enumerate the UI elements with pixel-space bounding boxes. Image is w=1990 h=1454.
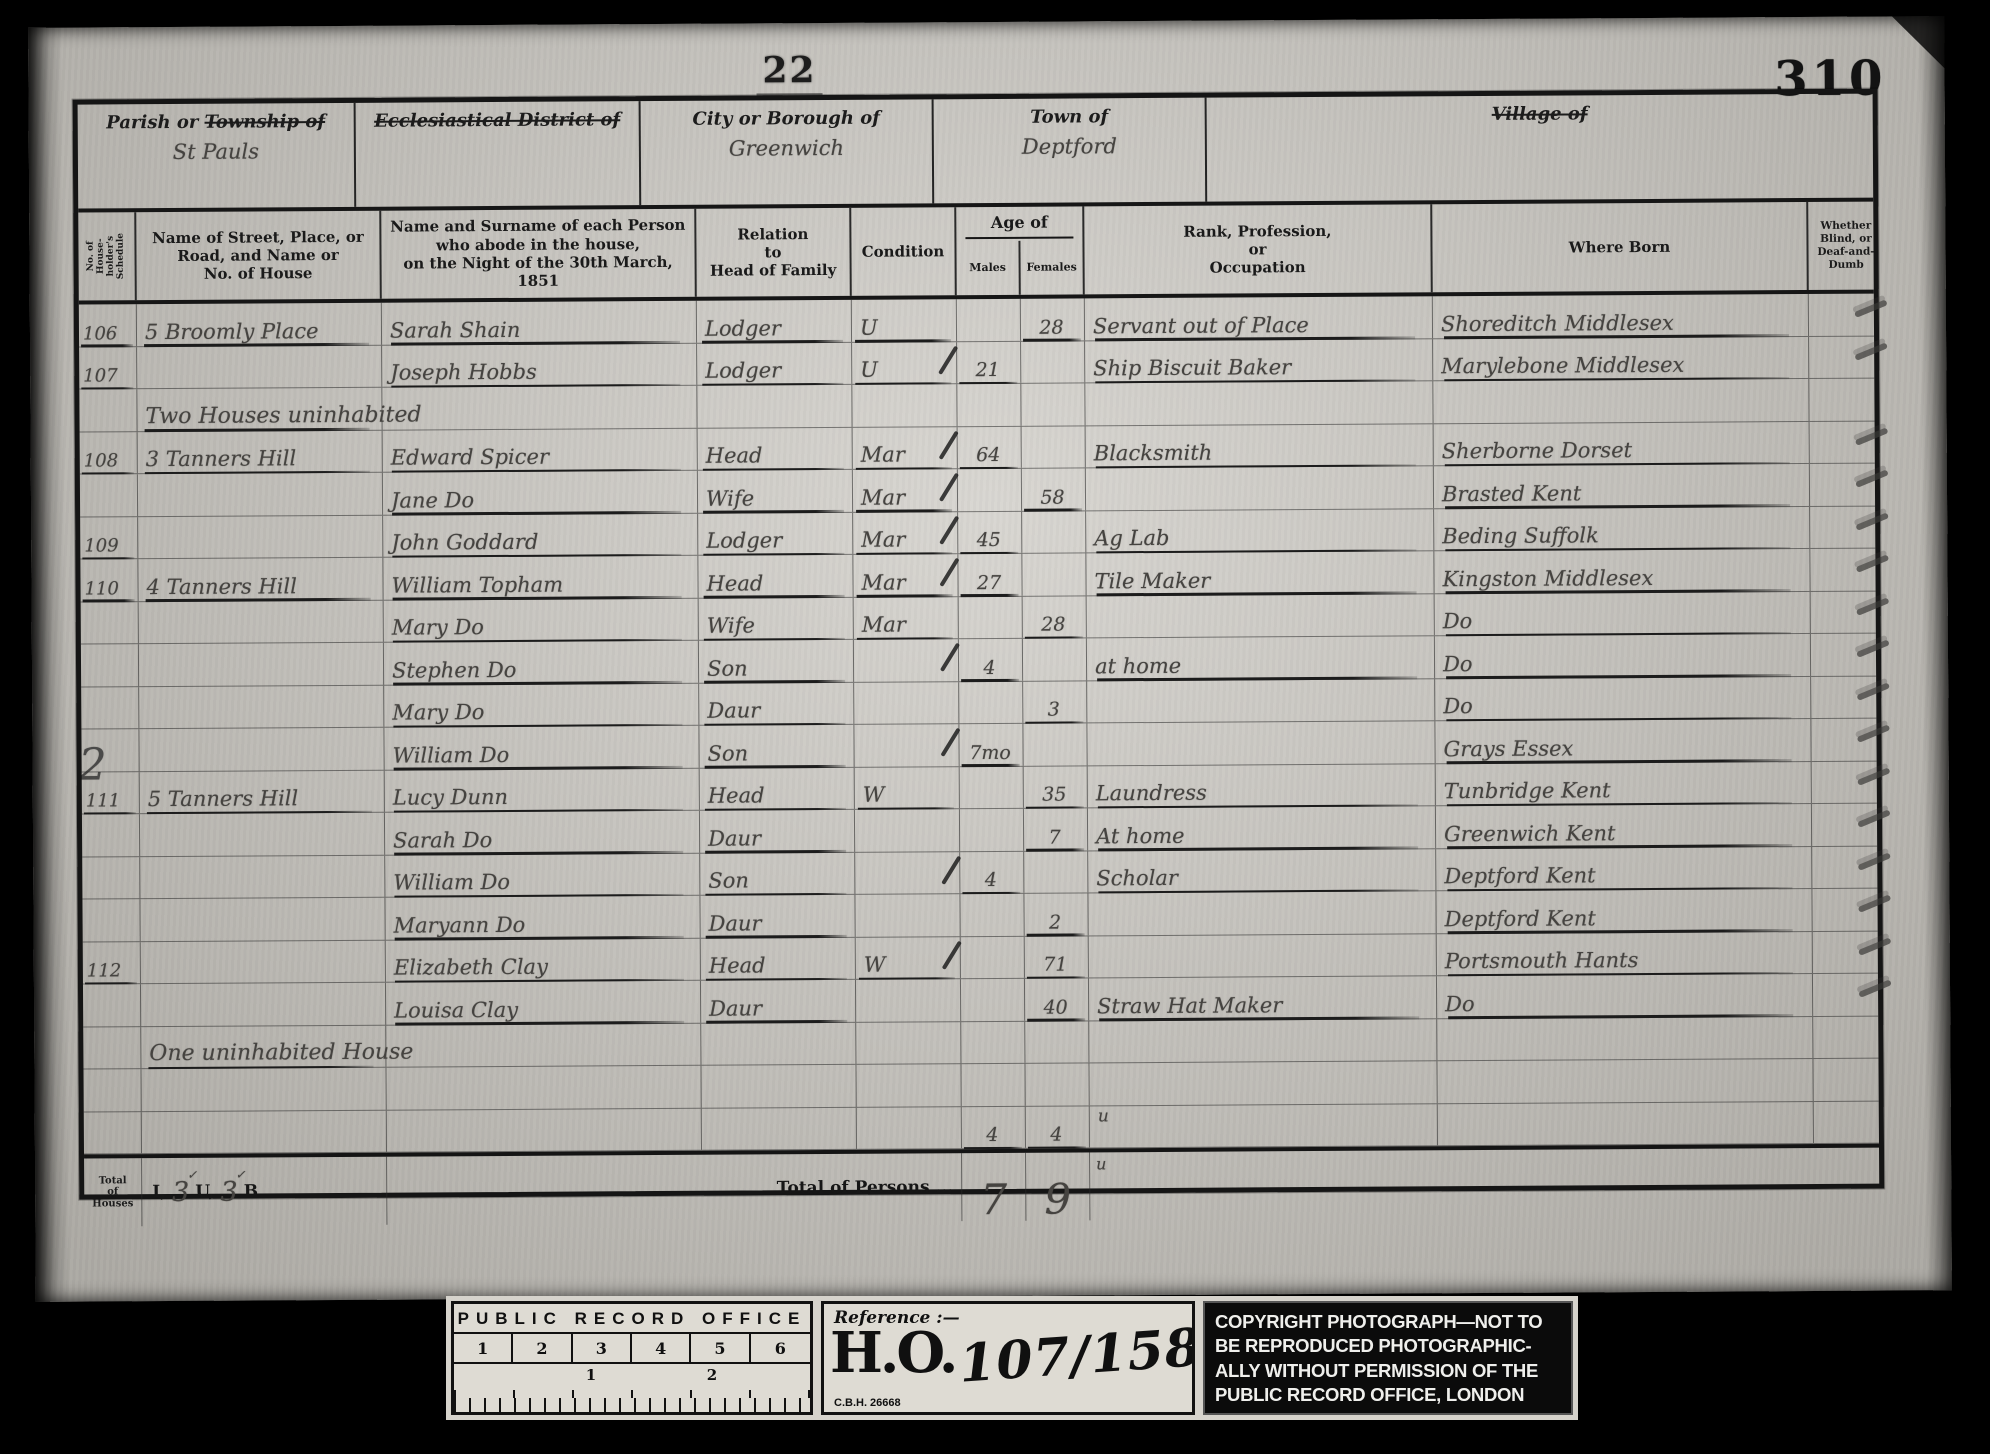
cell-age_m [957,299,1021,341]
handwritten-entry: Do [1443,611,1473,632]
cell-condition: Mar [853,512,958,554]
cell-age_m: 27 [958,554,1022,596]
handwritten-entry: Mary Do [392,617,484,639]
cell-age_f: 40 [1025,978,1089,1020]
handwritten-entry: Kingston Middlesex [1442,567,1653,589]
cell-schedule: 109 [80,517,138,559]
cell-blind [1814,1101,1889,1143]
handwritten-entry: Tunbridge Kent [1444,780,1611,802]
cell-condition: Mar [854,597,959,639]
header-field-3: City or Borough of Greenwich [641,99,935,205]
cell-name: Elizabeth Clay [386,938,701,981]
cell-street: One uninhabited House [141,1025,386,1068]
handwritten-entry: Do [1443,654,1473,675]
cell-condition: W [856,937,961,979]
reference-code: C.B.H. 26668 [834,1397,901,1409]
cell-age_f: 35 [1024,766,1088,808]
houses-uninhabited-value: 3✓ [220,1178,237,1205]
cell-street [140,855,385,898]
pencil-slash-mark [940,728,960,757]
handwritten-entry: 28 [1039,318,1063,337]
cell-name: Sarah Shain [382,301,697,344]
cell-blind [1812,804,1887,846]
handwritten-entry: 28 [1041,616,1065,635]
handwritten-entry: Sherborne Dorset [1442,440,1632,462]
cell-relation: Head [700,767,855,809]
handwritten-entry: Servant out of Place [1093,315,1309,337]
cell-relation: Daur [700,895,855,937]
cell-age_f [1022,426,1086,468]
cell-condition [854,724,959,766]
table-body: 1065 Broomly PlaceSarah ShainLodgerU28Se… [79,294,1879,1155]
houses-uninhabited-label: U, [195,1182,214,1202]
handwritten-entry: 3 Tanners Hill [146,448,297,470]
column-occupation: Rank, Profession, or Occupation [1084,204,1433,294]
cell-age_m [961,1021,1025,1063]
header-field-value: St Pauls [78,141,354,164]
handwritten-entry: W [863,785,885,806]
cell-age_f: 3 [1023,681,1087,723]
cell-schedule [83,1027,141,1069]
cell-schedule [82,899,140,941]
cell-blind [1811,676,1886,718]
cell-blind [1811,719,1886,761]
handwritten-entry: Lodger [706,530,782,551]
cell-condition: W [855,767,960,809]
cell-name: Lucy Dunn [385,768,700,811]
column-blind-deaf: Whether Blind, or Deaf-and- Dumb [1808,202,1884,290]
total-persons-males: 7 [962,1153,1026,1221]
cell-age_m [957,384,1021,426]
pencil-slash-mark [939,430,959,459]
handwritten-entry: Do [1443,696,1473,717]
handwritten-entry: At home [1096,825,1185,847]
cell-age_f: 4 [1026,1106,1090,1148]
ruler-lower-2: 2 [707,1366,717,1384]
handwritten-entry: Lodger [705,360,781,381]
cell-schedule [81,602,139,644]
cell-relation: Son [700,852,855,894]
cell-schedule: 112 [83,942,141,984]
pencil-tally-mark [1855,469,1889,487]
cell-relation [697,385,852,427]
total-of-houses-label: Total of Houses [84,1158,142,1226]
column-age-females: Females [1020,240,1082,295]
reference-series: H.O. [830,1328,955,1378]
handwritten-entry: 111 [86,792,120,810]
cell-schedule [83,1069,141,1111]
header-field-value [1207,132,1873,136]
ruler-lower-1: 1 [586,1366,596,1384]
handwritten-entry: Tile Maker [1094,570,1210,592]
handwritten-entry: U [860,317,878,338]
pencil-check-mark: u [1098,1108,1109,1125]
cell-born: Brasted Kent [1434,464,1810,508]
cell-street [140,813,385,856]
cell-born: Greenwich Kent [1436,804,1812,848]
cell-age_f [1022,511,1086,553]
cell-relation: Son [699,640,854,682]
handwritten-entry: Deptford Kent [1445,908,1596,930]
pencil-tally-mark [1856,597,1890,615]
cell-relation: Lodger [697,300,852,342]
header-field-label: City or Borough of [641,99,932,130]
cell-born [1438,1101,1814,1145]
handwritten-entry: 109 [84,537,118,555]
cell-age_m [961,1064,1025,1106]
cell-born: Portsmouth Hants [1437,931,1813,975]
page-corner-curl [1890,14,1946,70]
cell-relation: Lodger [698,512,853,554]
handwritten-entry: 7 [1048,828,1060,847]
header-field-2: Ecclesiastical District of [356,101,642,207]
handwritten-entry: 45 [977,531,1001,550]
cell-age_m: 64 [958,426,1022,468]
cell-blind [1810,549,1885,591]
totals-row: Total of Houses I, 3✓ U, 3✓ B Total of P… [84,1144,1879,1213]
handwritten-entry: Joseph Hobbs [390,362,537,384]
handwritten-entry: Beding Suffolk [1442,525,1599,547]
cell-blind [1810,506,1885,548]
cell-occupation [1087,679,1435,723]
handwritten-entry: Head [708,785,765,806]
handwritten-entry: Son [707,658,748,679]
cell-name: Sarah Do [385,811,700,854]
cell-schedule: 110 [80,559,138,601]
cell-schedule: 107 [79,347,137,389]
cell-street [137,345,382,388]
handwritten-entry: 112 [87,962,121,980]
pro-title: PUBLIC RECORD OFFICE [454,1304,810,1332]
column-schedule-label: No. of House- holder's Schedule [87,230,127,282]
handwritten-entry: 4 [983,658,995,677]
cell-schedule [79,389,137,431]
handwritten-entry: One uninhabited House [149,1042,413,1066]
handwritten-entry: 110 [85,580,119,598]
form-header-band: Parish or Township ofSt PaulsEcclesiasti… [78,94,1874,213]
handwritten-entry: Maryann Do [394,914,526,936]
ruler-inch-4: 4 [632,1334,691,1362]
handwritten-entry: Daur [709,913,762,934]
cell-street [138,515,383,558]
handwritten-entry: W [864,955,886,976]
cell-born: Sherborne Dorset [1434,421,1810,465]
handwritten-entry: Brasted Kent [1442,483,1581,505]
cell-occupation [1086,466,1434,510]
cell-age_m: 21 [957,341,1021,383]
cell-blind [1811,634,1886,676]
handwritten-entry: 108 [84,452,118,470]
total-of-houses-values: I, 3✓ U, 3✓ B [142,1157,387,1226]
cell-occupation: Ship Biscuit Baker [1085,339,1433,383]
handwritten-entry: Deptford Kent [1444,865,1595,887]
handwritten-entry: Son [708,743,749,764]
handwritten-entry: Louisa Clay [394,999,518,1021]
column-age-label: Age of [991,207,1048,233]
column-relation: Relation to Head of Family [696,208,852,297]
handwritten-entry: 106 [83,325,117,343]
cell-age_m: 4 [960,851,1024,893]
pencil-tally-mark [1856,639,1890,657]
column-name: Name and Surname of each Person who abod… [381,209,697,299]
cell-name: Maryann Do [385,896,700,939]
handwritten-entry: 7mo [969,743,1011,762]
cell-born: Do [1435,676,1811,720]
ruler-ticks-fine [454,1398,810,1412]
pencil-tally-mark [1858,979,1892,997]
handwritten-entry: 64 [976,446,1000,465]
cell-born: Grays Essex [1435,719,1811,763]
cell-relation: Wife [699,597,854,639]
cell-relation: Daur [701,980,856,1022]
cell-born: Kingston Middlesex [1434,549,1810,593]
cell-relation [701,1065,856,1107]
handwritten-entry: Greenwich Kent [1444,823,1616,845]
pencil-slash-mark [941,855,961,884]
handwritten-entry: 5 Broomly Place [145,321,319,343]
handwritten-entry: Lodger [705,318,781,339]
handwritten-entry: 4 [1050,1126,1062,1145]
cell-born [1437,1059,1813,1103]
handwritten-entry: Elizabeth Clay [394,957,548,979]
header-field-4: Town of Deptford [934,98,1208,204]
cell-blind [1810,421,1885,463]
cell-blind [1812,761,1887,803]
handwritten-entry: 5 Tanners Hill [148,788,299,810]
handwritten-entry: Mar [861,445,905,466]
cell-age_m [961,936,1025,978]
ruler-inch-5: 5 [691,1334,750,1362]
handwritten-entry: 40 [1043,998,1067,1017]
handwritten-entry: Head [706,445,763,466]
cell-occupation [1089,1019,1437,1063]
cell-born: Tunbridge Kent [1436,761,1812,805]
pencil-tally-mark [1856,682,1890,700]
reference-piece-number: 107/1584 [958,1322,1195,1388]
houses-building-label: B [244,1181,258,1201]
ruler-inch-scale: 123456 [454,1332,810,1364]
pro-footer-strip: PUBLIC RECORD OFFICE 123456 1 2 Referenc… [446,1296,1578,1420]
cell-condition [856,1022,961,1064]
cell-name [386,1023,701,1066]
header-field-label: Parish or Township of [78,103,354,134]
ruler-inch-3: 3 [573,1334,632,1362]
column-street: Name of Street, Place, or Road, and Name… [136,211,382,300]
cell-occupation [1088,891,1436,935]
cell-occupation: at home [1087,636,1435,680]
pencil-tally-mark [1854,299,1888,317]
pro-ruler-card: PUBLIC RECORD OFFICE 123456 1 2 [451,1301,813,1415]
cell-name: Joseph Hobbs [382,343,697,386]
cell-age_f: 28 [1021,298,1085,340]
cell-occupation: Servant out of Place [1085,296,1433,340]
ruler-inch-1: 1 [454,1334,513,1362]
pencil-slash-mark [939,473,959,502]
pencil-slash-mark [939,558,959,587]
cell-occupation: At home [1088,806,1436,850]
handwritten-entry: 2 [1049,913,1061,932]
pencil-tally-mark [1858,937,1892,955]
cell-street [141,983,386,1026]
cell-blind [1809,294,1884,336]
handwritten-entry: 4 [985,871,997,890]
cell-condition: U [852,299,957,341]
total-persons-females: 9 [1026,1152,1090,1220]
reference-card: Reference :— H.O. 107/1584 C.B.H. 26668 [821,1301,1195,1415]
cell-occupation: Scholar [1088,849,1436,893]
handwritten-entry: 3 [1048,701,1060,720]
cell-condition [855,809,960,851]
column-where-born: Where Born [1432,202,1809,292]
cell-street: Two Houses uninhabited [137,388,382,431]
handwritten-entry: 71 [1043,956,1067,975]
handwritten-entry: 21 [976,361,1000,380]
pencil-tally-mark [1854,342,1888,360]
handwritten-entry: 58 [1040,488,1064,507]
handwritten-entry: Daur [709,998,762,1019]
totals-check-mark: u [1090,1148,1889,1221]
pencil-slash-mark [942,940,962,969]
handwritten-entry: Portsmouth Hants [1445,950,1639,972]
cell-schedule [82,857,140,899]
handwritten-entry: Do [1445,994,1475,1015]
handwritten-entry: William Topham [391,574,563,596]
handwritten-entry: 4 [986,1126,998,1145]
cell-occupation: u [1090,1104,1438,1148]
pencil-tally-mark [1855,512,1889,530]
cell-occupation [1087,721,1435,765]
handwritten-entry: Stephen Do [392,659,516,681]
cell-street: 4 Tanners Hill [138,558,383,601]
cell-relation: Son [699,725,854,767]
handwritten-entry: Son [708,870,749,891]
houses-inhabited-label: I, [152,1182,166,1202]
cell-street [141,940,386,983]
cell-age_f: 2 [1024,893,1088,935]
cell-relation: Wife [698,470,853,512]
cell-name [382,386,697,429]
header-field-value [356,139,639,141]
cell-relation: Daur [699,682,854,724]
handwritten-entry: Daur [708,828,761,849]
cell-blind [1813,1059,1888,1101]
cell-name: Mary Do [384,598,699,641]
cell-age_f [1021,383,1085,425]
cell-street: 5 Broomly Place [137,303,382,346]
handwritten-entry: Wife [707,615,755,636]
cell-blind [1813,1016,1888,1058]
cell-street: 5 Tanners Hill [140,770,385,813]
cell-name: Edward Spicer [383,428,698,471]
cell-street [139,643,384,686]
cell-relation: Daur [700,810,855,852]
cell-age_f: 28 [1023,596,1087,638]
cell-born: Deptford Kent [1436,889,1812,933]
cell-born [1433,379,1809,423]
pencil-tally-mark [1855,427,1889,445]
pencil-slash-mark [939,515,959,544]
cell-schedule [81,729,139,771]
houses-inhabited-value: 3✓ [172,1178,189,1205]
cell-occupation [1089,934,1437,978]
cell-street [139,685,384,728]
cell-street [142,1110,387,1153]
ruler-ticks-coarse [454,1390,810,1398]
handwritten-entry: Head [709,955,766,976]
cell-relation [702,1107,857,1149]
cell-schedule [83,984,141,1026]
handwritten-entry: Ag Lab [1094,528,1169,549]
ruler-lower-scale: 1 2 [454,1364,810,1412]
column-age-males: Males [956,240,1020,295]
cell-street [139,728,384,771]
cell-schedule [81,644,139,686]
cell-name: William Do [385,853,700,896]
handwritten-entry: 27 [977,573,1001,592]
header-field-value: Deptford [934,136,1205,159]
cell-street [140,898,385,941]
copyright-notice: COPYRIGHT PHOTOGRAPH—NOT TO BE REPRODUCE… [1203,1301,1573,1415]
pencil-tally-mark [1856,554,1890,572]
cell-schedule [81,687,139,729]
cell-condition: Mar [853,469,958,511]
ruler-inch-2: 2 [513,1334,572,1362]
cell-blind [1813,974,1888,1016]
cell-age_m [961,979,1025,1021]
handwritten-entry: Blacksmith [1094,443,1213,465]
handwritten-entry: Jane Do [391,490,474,512]
cell-age_m [960,894,1024,936]
cell-name [387,1108,702,1151]
cell-relation: Head [701,937,856,979]
cell-age_m: 4 [962,1106,1026,1148]
cell-name: Louisa Clay [386,981,701,1024]
pencil-tally-mark [1857,724,1891,742]
age-divider-rule [965,236,1073,239]
handwritten-entry: 107 [83,367,117,385]
cell-age_m [960,809,1024,851]
cell-condition: U [852,342,957,384]
handwritten-entry: Lucy Dunn [393,787,508,809]
cell-name: John Goddard [383,513,698,556]
cell-age_m: 45 [958,511,1022,553]
cell-condition [855,894,960,936]
cell-name: Mary Do [384,683,699,726]
cell-schedule: 106 [79,304,137,346]
total-of-persons-label: Total of Persons ... [387,1153,962,1225]
cell-age_f [1021,341,1085,383]
handwritten-entry: Edward Spicer [391,447,549,469]
cell-blind [1811,591,1886,633]
cell-occupation [1089,1061,1437,1105]
header-field-label: Village of [1207,94,1873,127]
pencil-tally-mark [1858,894,1892,912]
cell-age_f [1023,723,1087,765]
cell-age_m: 7mo [959,724,1023,766]
cell-condition [855,852,960,894]
handwritten-entry: 35 [1042,786,1066,805]
cell-schedule: 111 [82,772,140,814]
handwritten-entry: Daur [707,700,760,721]
cell-age_m [959,596,1023,638]
cell-born: Do [1435,591,1811,635]
handwritten-entry: Marylebone Middlesex [1441,355,1684,377]
header-field-1: Parish or Township ofSt Pauls [78,103,357,209]
cell-occupation: Tile Maker [1086,551,1434,595]
cell-born: Marylebone Middlesex [1433,336,1809,380]
handwritten-entry: at home [1095,655,1181,677]
cell-street [141,1068,386,1111]
